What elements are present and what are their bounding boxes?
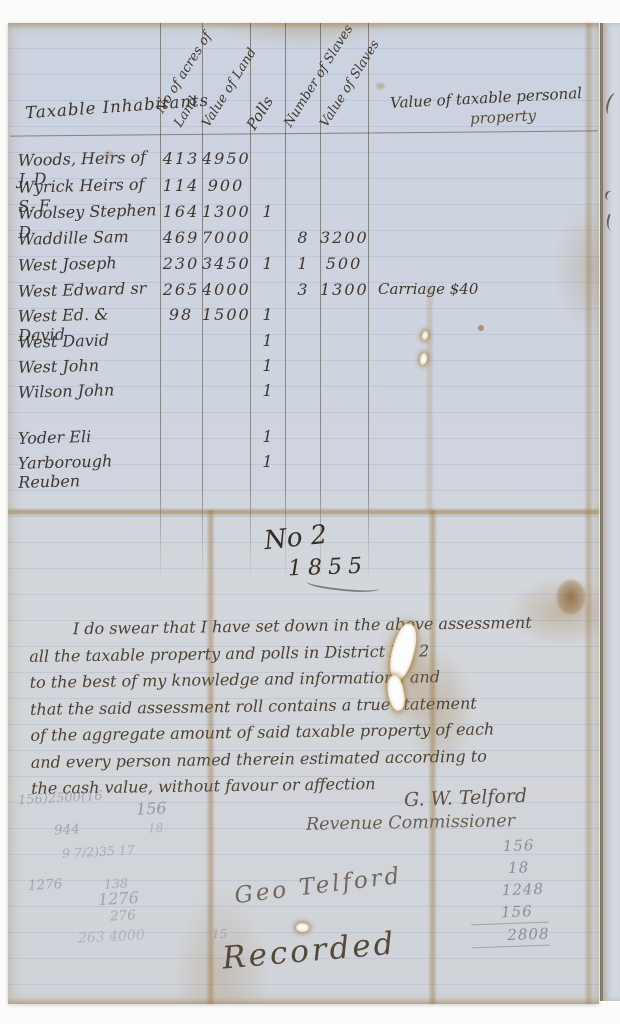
pencil-note: 1276 [98, 888, 140, 909]
neighbor-page-edge [600, 23, 620, 1001]
cell-acres: 230 [160, 254, 202, 273]
cell-inhabitant-name: West Edward sr [18, 278, 160, 301]
table-row: West John 1 [8, 356, 599, 382]
cell-polls: 1 [250, 202, 285, 221]
cell-polls: 1 [250, 305, 285, 324]
pencil-note: 944 [54, 821, 81, 838]
cell-land-value: 7000 [202, 228, 250, 247]
cell-acres: 164 [160, 202, 202, 221]
horizontal-fold-crease [8, 508, 599, 516]
table-row: Wilson John 1 [8, 381, 599, 407]
cell-polls: 1 [250, 254, 285, 273]
cell-inhabitant-name: Yoder Eli [18, 425, 160, 448]
foxing-spot [376, 83, 385, 89]
foxing-spot [104, 151, 114, 158]
pencil-figure: 18 [469, 856, 548, 881]
cell-polls: 1 [250, 356, 285, 375]
pencil-note: 156 [136, 798, 167, 819]
table-row: Wyrick Heirs of S. F 114 900 [8, 176, 599, 202]
scanned-document-page: Taxable Inhabitants No of acres of Land … [8, 23, 599, 1004]
cell-inhabitant-name: Wilson John [18, 379, 160, 402]
table-row: West Edward sr 265 4000 3 1300 Carriage … [8, 280, 599, 306]
neighbor-ink-fragment [604, 214, 619, 233]
commissioner-title: Revenue Commissioner [306, 811, 515, 835]
cell-inhabitant-name: West John [18, 354, 160, 377]
table-row: Woods, Heirs of J. D 413 4950 [8, 149, 599, 175]
cell-land-value: 3450 [202, 254, 250, 273]
cell-acres: 98 [160, 305, 202, 324]
pencil-note: 18 [148, 821, 164, 836]
table-row: Yoder Eli 1 [8, 427, 599, 453]
cell-inhabitant-name: West Joseph [18, 252, 160, 275]
vertical-fold-crease-left [206, 510, 215, 1004]
ink-stain [556, 579, 586, 615]
cell-acres: 265 [160, 280, 202, 299]
cell-inhabitant-name: Waddille Sam [18, 226, 160, 249]
cell-polls: 1 [250, 381, 285, 400]
cell-slave-value: 500 [320, 254, 368, 273]
table-row: West Joseph 230 3450 1 1 500 [8, 254, 599, 280]
cell-slave-count: 1 [285, 254, 320, 273]
oath-paragraph: I do swear that I have set down in the a… [29, 609, 592, 802]
pencil-figure: 2808 [471, 923, 550, 949]
cell-polls: 1 [250, 452, 285, 471]
pencil-figure: 1248 [470, 878, 549, 903]
table-row: Waddille Sam 469 7000 8 3200 [8, 228, 599, 254]
table-row: Woolsey Stephen D 164 1300 1 [8, 202, 599, 228]
foxing-spot [478, 325, 484, 331]
table-row: West David 1 [8, 331, 599, 357]
table-row: Yarborough Reuben 1 [8, 452, 599, 478]
vertical-fold-crease-upper [425, 285, 434, 510]
cell-land-value: 1500 [202, 305, 250, 324]
cell-inhabitant-name: West David [18, 329, 160, 352]
cell-inhabitant-name: Yarborough Reuben [18, 450, 161, 492]
neighbor-ink-fragment [604, 190, 618, 203]
small-hole [296, 923, 309, 932]
pencil-figure: 156 [470, 900, 549, 926]
cell-personal-property: Carriage $40 [378, 280, 593, 298]
cell-acres: 469 [160, 228, 202, 247]
cell-slave-value: 1300 [320, 280, 368, 299]
pencil-figure: 156 [468, 834, 547, 859]
neighbor-ink-fragment [604, 92, 620, 116]
cell-slave-value: 3200 [320, 228, 368, 247]
vertical-fold-crease-edge [584, 23, 593, 1004]
table-row: West Ed. & David 98 1500 1 [8, 305, 599, 331]
commissioner-signature: G. W. Telford [404, 785, 528, 811]
cell-land-value: 1300 [202, 202, 250, 221]
scanned-document: Taxable Inhabitants No of acres of Land … [0, 0, 620, 1024]
cell-land-value: 900 [202, 176, 250, 195]
cell-polls: 1 [250, 427, 285, 446]
pencil-calculation-column: 156 18 1248 156 2808 [468, 834, 550, 949]
cell-land-value: 4000 [202, 280, 250, 299]
cell-land-value: 4950 [202, 149, 250, 168]
cell-slave-count: 8 [285, 228, 320, 247]
cell-polls: 1 [250, 331, 285, 350]
pencil-note: 1276 [28, 876, 63, 894]
vertical-fold-crease-right [428, 510, 437, 1004]
cell-acres: 413 [160, 149, 202, 168]
pencil-note: 276 [110, 907, 137, 924]
cell-acres: 114 [160, 176, 202, 195]
cell-slave-count: 3 [285, 280, 320, 299]
